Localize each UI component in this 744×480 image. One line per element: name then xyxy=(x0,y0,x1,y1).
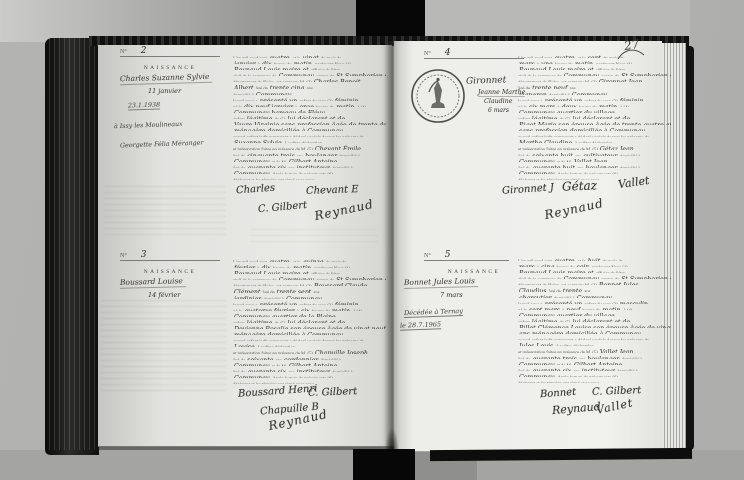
naissance-heading: NAISSANCE xyxy=(120,269,220,275)
signature: Vallet xyxy=(595,396,634,417)
note-line: à Issy les Moulineaux xyxy=(114,121,183,130)
act-text-line: déclarent et les témoins ont signé avec … xyxy=(518,377,671,383)
printed-form-text: déclarent et les témoins ont signé avec … xyxy=(518,382,600,383)
act-number: 3 xyxy=(141,252,147,259)
act-body-entry-3: L'an mil neuf cent quatre, et le quinze … xyxy=(233,256,386,384)
number-label: N° xyxy=(120,49,127,55)
ink-bleed-through xyxy=(104,186,226,238)
margin-line: Gironnet xyxy=(466,75,510,88)
margin-line: 7 mars xyxy=(440,291,524,299)
book-cover-right-edge xyxy=(686,46,694,450)
register-scan: 27 N° 2 NAISSANCE Charles Suzanne Sylvie… xyxy=(0,0,744,480)
act-margin-entry-3: N° 3 NAISSANCE Boussard Louise14 février xyxy=(120,252,232,299)
naissance-heading: NAISSANCE xyxy=(424,269,524,275)
film-marker-bottom xyxy=(353,449,415,480)
signature: Vallet xyxy=(617,174,650,191)
act-margin-entry-2: N° 2 NAISSANCE Charles Suzanne Sylvie11 … xyxy=(120,48,232,95)
act-number-row: N° 5 xyxy=(424,252,509,261)
signature: Boussard Henri xyxy=(238,383,318,400)
death-margin-note: Décédée à Ternayle 28.7.1965 xyxy=(404,308,514,334)
act-number: 4 xyxy=(445,50,451,57)
signature: Reynaud xyxy=(543,196,605,222)
backdrop-top-right xyxy=(425,0,690,37)
note-line: 23.1.1938 xyxy=(128,101,160,110)
note-line: Georgette Félia Méranger xyxy=(120,140,204,150)
signature: C. Gilbert xyxy=(592,385,642,398)
official-seal-stamp xyxy=(409,66,467,126)
note-line: le 28.7.1965 xyxy=(400,320,441,330)
margin-line: 11 janvier xyxy=(148,87,232,95)
margin-line: 14 février xyxy=(148,291,232,299)
ink-bleed-through xyxy=(101,300,227,396)
margin-name-block: Boussard Louise14 février xyxy=(120,277,232,299)
signature-block-entry-2: CharlesChevant EC. GilbertReynaud xyxy=(236,180,406,232)
number-label: N° xyxy=(424,51,431,57)
signature: Gironnet J xyxy=(502,182,555,197)
act-body-entry-2: L'an mil neuf cent quatre, et le vingt d… xyxy=(233,52,386,180)
signature: Bonnet xyxy=(540,387,577,400)
margin-line: Bonnet Jules Louis xyxy=(404,276,478,289)
signature: Reynaud xyxy=(313,197,375,223)
signature-block-entry-3: Boussard HenriC. GilbertChapuille BReyna… xyxy=(238,382,408,434)
note-line: Décédée à Ternay xyxy=(404,307,463,318)
signature: C. Gilbert xyxy=(308,386,358,399)
signature: Chevant E xyxy=(306,184,359,197)
signature: Reynaud xyxy=(552,400,602,417)
page-block-edge-left xyxy=(49,33,99,450)
left-page-bottom-shadow xyxy=(96,446,394,450)
act-number: 2 xyxy=(141,48,147,55)
signature: Charles xyxy=(236,183,276,197)
margin-line: Boussard Louise xyxy=(120,276,186,289)
act-number: 5 xyxy=(445,252,451,259)
signature: Gétaz xyxy=(562,178,597,193)
act-body-entry-4: L'an mil neuf cent quatre, et le sept du… xyxy=(518,52,671,180)
act-number-row: N° 3 xyxy=(120,252,220,261)
margin-name-block: Charles Suzanne Sylvie11 janvier xyxy=(120,73,232,95)
signature-block-entry-5: BonnetC. GilbertReynaudVallet xyxy=(540,386,660,438)
margin-name-block: Bonnet Jules Louis7 mars xyxy=(404,277,524,299)
act-body-entry-5: L'an mil neuf cent quatre, et le huit du… xyxy=(518,255,671,383)
number-label: N° xyxy=(120,253,127,259)
signature-block-entry-4: Gironnet JGétazValletReynaud xyxy=(502,176,672,228)
act-number-row: N° 2 xyxy=(120,48,220,57)
act-margin-entry-5: N° 5 NAISSANCE Bonnet Jules Louis7 mars xyxy=(404,252,524,299)
marriage-margin-note: 23.1.1938à Issy les MoulineauxGeorgette … xyxy=(114,102,244,160)
margin-line: Charles Suzanne Sylvie xyxy=(120,72,213,85)
number-label: N° xyxy=(424,253,431,259)
book-bottom-edge xyxy=(430,448,692,461)
act-number-row: N° 4 xyxy=(424,50,524,59)
naissance-heading: NAISSANCE xyxy=(120,65,220,71)
signature: C. Gilbert xyxy=(258,200,308,215)
